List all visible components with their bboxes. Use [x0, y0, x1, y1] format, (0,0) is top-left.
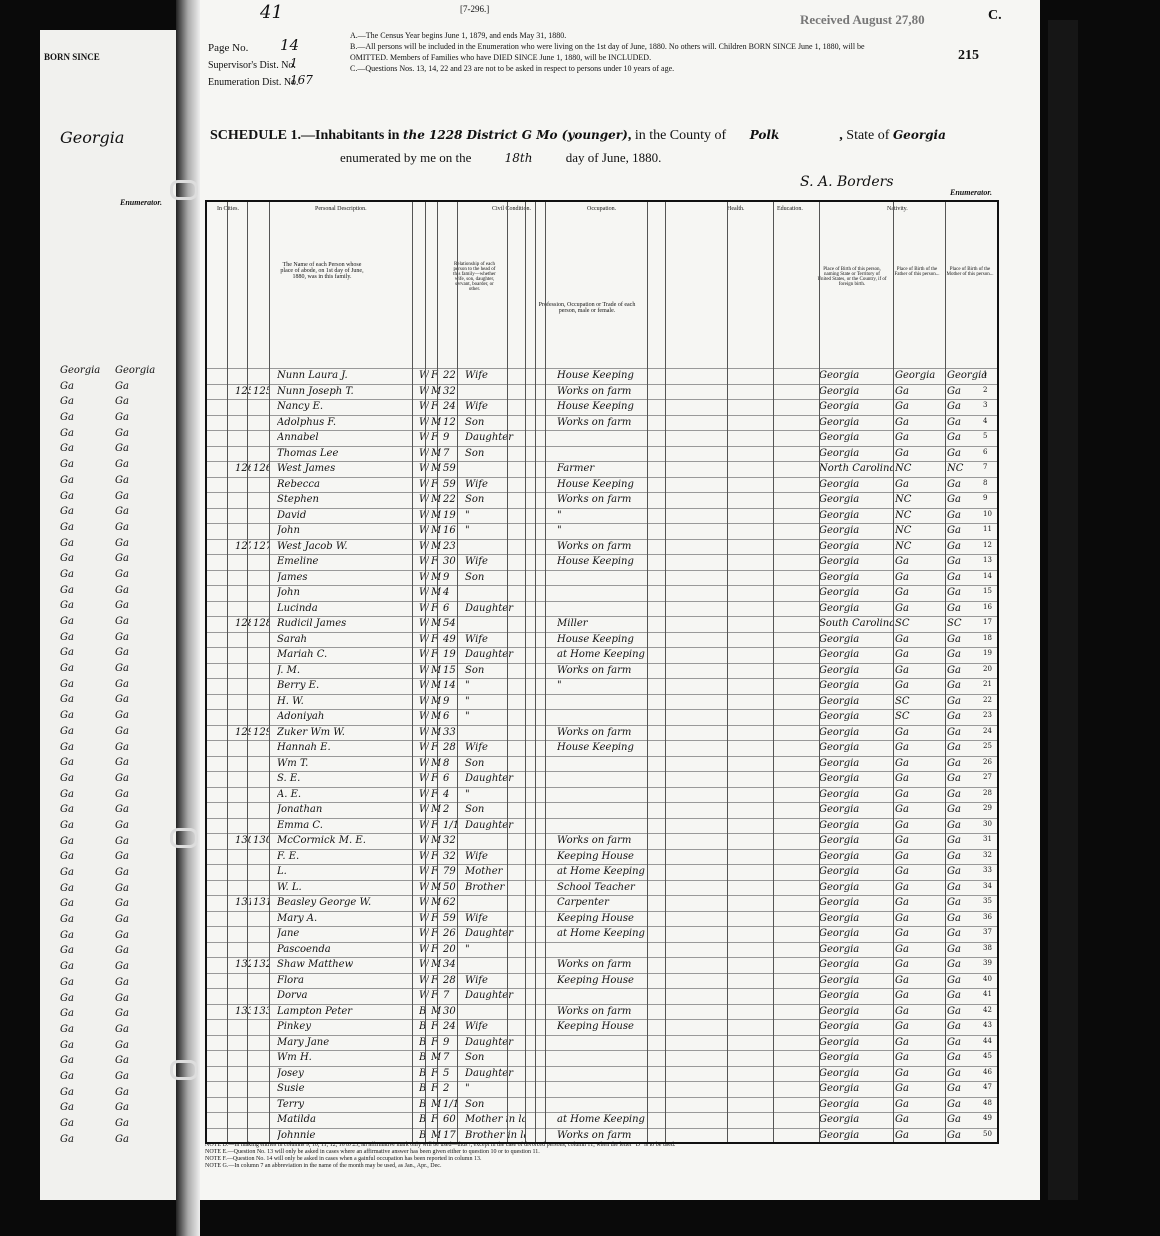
column-divider [507, 202, 508, 1142]
table-row: JohnWM4GeorgiaGaGa15 [207, 585, 997, 602]
row-number: 24 [983, 727, 992, 735]
cell-sex: F [431, 913, 441, 924]
header-personal: Personal Description. [315, 206, 367, 212]
row-number: 23 [983, 711, 992, 719]
father-birthplace: Ga [60, 632, 115, 643]
cell-sex: F [431, 990, 441, 1001]
cell-sex: M [431, 727, 441, 738]
cell-rel: " [465, 525, 525, 536]
cell-fam: 128 [253, 618, 269, 629]
mother-birthplace: Ga [115, 961, 129, 972]
cell-rel: Daughter [465, 1037, 525, 1048]
cell-sex: M [431, 1099, 441, 1110]
cell-b2: Ga [895, 913, 945, 924]
cell-occ: Works on farm [557, 1006, 667, 1017]
census-table: Occupation. Health. Education. Nativity.… [205, 200, 999, 1144]
cell-rel: Son [465, 758, 525, 769]
cell-color: B [419, 1006, 429, 1017]
row-number: 2 [983, 386, 987, 394]
cell-rel: Daughter [465, 1068, 525, 1079]
cell-color: W [419, 665, 429, 676]
cell-b1: Georgia [819, 556, 894, 567]
father-birthplace: Ga [60, 804, 115, 815]
mother-birthplace: Ga [115, 773, 129, 784]
left-page-row: GaGa [60, 569, 180, 585]
left-page-row: GaGa [60, 773, 180, 789]
cell-b3: Ga [947, 401, 997, 412]
mother-birthplace: Ga [115, 538, 129, 549]
row-number: 46 [983, 1068, 992, 1076]
cell-b2: Ga [895, 432, 945, 443]
mother-birthplace: Ga [115, 459, 129, 470]
cell-color: W [419, 572, 429, 583]
cell-rel: " [465, 680, 525, 691]
cell-b1: Georgia [819, 1114, 894, 1125]
father-birthplace: Ga [60, 945, 115, 956]
father-birthplace: Ga [60, 475, 115, 486]
cell-occ: Works on farm [557, 494, 667, 505]
father-birthplace: Ga [60, 1087, 115, 1098]
page-no-overwrite: 41 [260, 2, 283, 23]
left-page-row: GaGa [60, 475, 180, 491]
cell-sex: F [431, 1037, 441, 1048]
cell-rel: Mother [465, 866, 525, 877]
cell-fam: 132 [253, 959, 269, 970]
column-divider [269, 202, 270, 1142]
cell-color: W [419, 634, 429, 645]
cell-occ: Works on farm [557, 386, 667, 397]
cell-b2: Ga [895, 1083, 945, 1094]
footnote-f: NOTE F.—Question No. 14 will only be ask… [205, 1156, 1005, 1163]
table-row: Thomas LeeWM7SonGeorgiaGaGa6 [207, 446, 997, 463]
cell-b1: Georgia [819, 928, 894, 939]
row-number: 10 [983, 510, 992, 518]
table-row: 133133Lampton PeterBM30Works on farmGeor… [207, 1004, 997, 1021]
column-divider [535, 202, 536, 1142]
row-number: 15 [983, 587, 992, 595]
cell-b2: NC [895, 463, 945, 474]
cell-b3: Ga [947, 448, 997, 459]
cell-dw: 129 [235, 727, 251, 738]
cell-b1: Georgia [819, 975, 894, 986]
schedule-label: SCHEDULE 1.—Inhabitants in [210, 128, 399, 143]
father-birthplace: Ga [60, 710, 115, 721]
column-divider [647, 202, 648, 1142]
father-birthplace: Ga [60, 898, 115, 909]
cell-rel: Son [465, 572, 525, 583]
table-row: LucindaWF6DaughterGeorgiaGaGa16 [207, 601, 997, 618]
stamp-letter: C. [988, 8, 1002, 24]
table-row: Mary JaneBF9DaughterGeorgiaGaGa44 [207, 1035, 997, 1052]
cell-color: W [419, 851, 429, 862]
cell-color: W [419, 417, 429, 428]
cell-b1: Georgia [819, 789, 894, 800]
column-divider [247, 202, 248, 1142]
cell-occ: at Home Keeping [557, 928, 667, 939]
cell-sex: F [431, 556, 441, 567]
binder-ring [170, 180, 198, 200]
cell-b1: Georgia [819, 448, 894, 459]
table-row: JohnWM16""GeorgiaNCGa11 [207, 523, 997, 540]
note-b: B.—All persons will be included in the E… [350, 41, 870, 63]
row-number: 3 [983, 401, 987, 409]
cell-b1: North Carolina [819, 463, 894, 474]
cell-color: B [419, 1130, 429, 1141]
cell-color: W [419, 882, 429, 893]
cell-color: W [419, 587, 429, 598]
cell-color: W [419, 711, 429, 722]
cell-occ: Keeping House [557, 851, 667, 862]
table-row: 126126West JamesWM59FarmerNorth Carolina… [207, 461, 997, 478]
left-page-row: GaGa [60, 742, 180, 758]
cell-color: W [419, 525, 429, 536]
cell-sex: M [431, 386, 441, 397]
cell-occ: Keeping House [557, 1021, 667, 1032]
left-page-row: GaGa [60, 694, 180, 710]
cell-b2: Ga [895, 1114, 945, 1125]
row-number: 11 [983, 525, 992, 533]
father-birthplace: Ga [60, 506, 115, 517]
mother-birthplace: Ga [115, 553, 129, 564]
cell-rel: Brother in law [465, 1130, 525, 1141]
cell-b1: Georgia [819, 432, 894, 443]
mother-birthplace: Ga [115, 930, 129, 941]
cell-sex: F [431, 851, 441, 862]
cell-color: W [419, 928, 429, 939]
cell-b3: Georgia [947, 370, 997, 381]
cell-rel: Wife [465, 975, 525, 986]
father-birthplace: Ga [60, 820, 115, 831]
cell-b1: Georgia [819, 417, 894, 428]
cell-occ: Works on farm [557, 665, 667, 676]
mother-birthplace: Ga [115, 694, 129, 705]
instructions: A.—The Census Year begins June 1, 1879, … [350, 30, 870, 74]
row-number: 45 [983, 1052, 992, 1060]
cell-sex: M [431, 463, 441, 474]
table-row: Hannah E.WF28WifeHouse KeepingGeorgiaGaG… [207, 740, 997, 757]
cell-dw: 126 [235, 463, 251, 474]
mother-birthplace: Ga [115, 647, 129, 658]
father-birthplace: Ga [60, 993, 115, 1004]
father-birthplace: Ga [60, 1040, 115, 1051]
cell-rel: " [465, 944, 525, 955]
row-number: 36 [983, 913, 992, 921]
left-page-row: GaGa [60, 632, 180, 648]
left-page-row: GaGa [60, 867, 180, 883]
cell-sex: F [431, 634, 441, 645]
father-birthplace: Ga [60, 836, 115, 847]
cell-sex: F [431, 773, 441, 784]
cell-occ: House Keeping [557, 401, 667, 412]
mother-birthplace: Ga [115, 1102, 129, 1113]
enumeration-value: 167 [290, 73, 313, 87]
column-divider [893, 202, 894, 1142]
father-birthplace: Ga [60, 1071, 115, 1082]
cell-color: W [419, 494, 429, 505]
cell-rel: Wife [465, 370, 525, 381]
mother-birthplace: Ga [115, 600, 129, 611]
table-row: PinkeyBF24WifeKeeping HouseGeorgiaGaGa43 [207, 1019, 997, 1036]
row-number: 1 [983, 370, 987, 378]
left-page-row: GeorgiaGeorgia [60, 365, 180, 381]
row-number: 27 [983, 773, 992, 781]
father-birthplace: Ga [60, 914, 115, 925]
cell-sex: F [431, 603, 441, 614]
cell-b1: Georgia [819, 634, 894, 645]
cell-b1: Georgia [819, 820, 894, 831]
cell-b1: Georgia [819, 1099, 894, 1110]
cell-b1: Georgia [819, 897, 894, 908]
enumeration-month-year: day of June, 1880. [566, 150, 662, 165]
column-divider [819, 202, 820, 1142]
header-profession: Profession, Occupation or Trade of each … [537, 302, 637, 314]
cell-color: W [419, 463, 429, 474]
row-number: 30 [983, 820, 992, 828]
cell-occ: House Keeping [557, 370, 667, 381]
cell-b1: Georgia [819, 587, 894, 598]
left-page-row: GaGa [60, 1071, 180, 1087]
table-row: JaneWF26Daughterat Home KeepingGeorgiaGa… [207, 926, 997, 943]
cell-b1: Georgia [819, 370, 894, 381]
row-number: 14 [983, 572, 992, 580]
left-page-row: GaGa [60, 914, 180, 930]
cell-b1: Georgia [819, 479, 894, 490]
mother-birthplace: Ga [115, 820, 129, 831]
cell-occ: Works on farm [557, 835, 667, 846]
mother-birthplace: Ga [115, 569, 129, 580]
cell-color: W [419, 959, 429, 970]
supervisor-label: Supervisor's Dist. No. [208, 60, 296, 71]
father-birthplace: Ga [60, 585, 115, 596]
cell-rel: Son [465, 665, 525, 676]
table-row: 125125Nunn Joseph T.WM32Works on farmGeo… [207, 384, 997, 401]
father-birthplace: Ga [60, 757, 115, 768]
father-birthplace: Ga [60, 1102, 115, 1113]
table-row: Nancy E.WF24WifeHouse KeepingGeorgiaGaGa… [207, 399, 997, 416]
cell-b2: NC [895, 510, 945, 521]
cell-color: B [419, 1114, 429, 1125]
cell-fam: 126 [253, 463, 269, 474]
cell-sex: F [431, 866, 441, 877]
left-page-row: GaGa [60, 804, 180, 820]
cell-fam: 133 [253, 1006, 269, 1017]
cell-occ: House Keeping [557, 479, 667, 490]
header-birth-mother: Place of Birth of the Mother of this per… [945, 267, 995, 277]
left-page-row: GaGa [60, 538, 180, 554]
father-birthplace: Ga [60, 647, 115, 658]
row-number: 42 [983, 1006, 992, 1014]
mother-birthplace: Ga [115, 412, 129, 423]
cell-color: W [419, 975, 429, 986]
note-a: A.—The Census Year begins June 1, 1879, … [350, 30, 870, 41]
header-occupation: Occupation. [587, 206, 616, 212]
cell-sex: M [431, 711, 441, 722]
cell-color: W [419, 386, 429, 397]
cell-color: W [419, 556, 429, 567]
table-row: 128128Rudicil JamesWM54MillerSouth Carol… [207, 616, 997, 633]
cell-rel: Son [465, 804, 525, 815]
father-birthplace: Ga [60, 569, 115, 580]
left-page-row: GaGa [60, 679, 180, 695]
table-row: JamesWM9SonGeorgiaGaGa14 [207, 570, 997, 587]
row-number: 34 [983, 882, 992, 890]
father-birthplace: Ga [60, 491, 115, 502]
cell-sex: F [431, 479, 441, 490]
table-row: S. E.WF6DaughterGeorgiaGaGa27 [207, 771, 997, 788]
cell-occ: Keeping House [557, 913, 667, 924]
cell-color: W [419, 479, 429, 490]
table-row: F. E.WF32WifeKeeping HouseGeorgiaGaGa32 [207, 849, 997, 866]
cell-sex: F [431, 432, 441, 443]
cell-dw: 133 [235, 1006, 251, 1017]
mother-birthplace: Ga [115, 1134, 129, 1145]
mother-birthplace: Ga [115, 679, 129, 690]
table-row: Wm H.BM7SonGeorgiaGaGa45 [207, 1050, 997, 1067]
column-divider [412, 202, 413, 1142]
father-birthplace: Ga [60, 977, 115, 988]
cell-b1: Georgia [819, 711, 894, 722]
cell-occ: Works on farm [557, 959, 667, 970]
cell-rel: Son [465, 1052, 525, 1063]
enumeration-day: 18th [505, 151, 533, 165]
enumeration-label: Enumeration Dist. No. [208, 77, 299, 88]
cell-color: W [419, 773, 429, 784]
left-page-row: GaGa [60, 585, 180, 601]
cell-color: W [419, 618, 429, 629]
row-number: 13 [983, 556, 992, 564]
mother-birthplace: Ga [115, 585, 129, 596]
table-row: Mariah C.WF19Daughterat Home KeepingGeor… [207, 647, 997, 664]
left-enumerator-label: Enumerator. [120, 198, 162, 207]
column-divider [457, 202, 458, 1142]
left-page-nativity-columns: GeorgiaGeorgiaGaGaGaGaGaGaGaGaGaGaGaGaGa… [60, 365, 180, 1149]
column-divider [227, 202, 228, 1142]
cell-b1: Georgia [819, 1130, 894, 1141]
cell-rel: Wife [465, 401, 525, 412]
left-page-row: GaGa [60, 459, 180, 475]
table-row: DavidWM19""GeorgiaNCGa10 [207, 508, 997, 525]
cell-sex: F [431, 1021, 441, 1032]
cell-color: B [419, 1083, 429, 1094]
cell-fam: 130 [253, 835, 269, 846]
district-value: the 1228 District G Mo (younger) [403, 128, 628, 142]
cell-b2: Ga [895, 448, 945, 459]
cell-sex: F [431, 649, 441, 660]
left-page-row: GaGa [60, 428, 180, 444]
mother-birthplace: Ga [115, 757, 129, 768]
cell-dw: 127 [235, 541, 251, 552]
left-page-row: GaGa [60, 898, 180, 914]
father-birthplace: Ga [60, 726, 115, 737]
cell-sex: F [431, 820, 441, 831]
cell-sex: M [431, 665, 441, 676]
mother-birthplace: Ga [115, 977, 129, 988]
cell-color: B [419, 1021, 429, 1032]
left-page-row: GaGa [60, 883, 180, 899]
cell-b1: Georgia [819, 541, 894, 552]
cell-b3: Ga [947, 494, 997, 505]
cell-b2: Ga [895, 401, 945, 412]
cell-color: W [419, 370, 429, 381]
cell-color: W [419, 804, 429, 815]
father-birthplace: Ga [60, 867, 115, 878]
mother-birthplace: Ga [115, 742, 129, 753]
table-row: 131131Beasley George W.WM62CarpenterGeor… [207, 895, 997, 912]
left-page-row: GaGa [60, 977, 180, 993]
mother-birthplace: Ga [115, 475, 129, 486]
cell-rel: Wife [465, 1021, 525, 1032]
binder-ring [170, 1060, 198, 1080]
table-row: 129129Zuker Wm W.WM33Works on farmGeorgi… [207, 725, 997, 742]
father-birthplace: Ga [60, 443, 115, 454]
cell-sex: M [431, 525, 441, 536]
table-row: TerryBM1/12SonGeorgiaGaGa48 [207, 1097, 997, 1114]
father-birthplace: Ga [60, 663, 115, 674]
row-number: 16 [983, 603, 992, 611]
cell-b2: Ga [895, 835, 945, 846]
cell-b3: Ga [947, 386, 997, 397]
cell-b2: Ga [895, 634, 945, 645]
row-number: 5 [983, 432, 987, 440]
cell-occ: Works on farm [557, 541, 667, 552]
cell-sex: F [431, 370, 441, 381]
mother-birthplace: Ga [115, 1087, 129, 1098]
mother-birthplace: Ga [115, 1040, 129, 1051]
mother-birthplace: Ga [115, 663, 129, 674]
left-page-row: GaGa [60, 1087, 180, 1103]
cell-sex: M [431, 804, 441, 815]
cell-sex: F [431, 742, 441, 753]
cell-b1: Georgia [819, 1052, 894, 1063]
cell-color: W [419, 432, 429, 443]
cell-rel: Wife [465, 742, 525, 753]
cell-b1: Georgia [819, 696, 894, 707]
cell-color: W [419, 820, 429, 831]
row-number: 4 [983, 417, 987, 425]
father-birthplace: Ga [60, 412, 115, 423]
cell-sex: F [431, 928, 441, 939]
header-relationship: Relationship of each person to the head … [452, 262, 497, 292]
supervisor-value: 1 [290, 56, 298, 70]
left-page-row: GaGa [60, 993, 180, 1009]
cell-sex: M [431, 680, 441, 691]
father-birthplace: Ga [60, 679, 115, 690]
father-birthplace: Ga [60, 883, 115, 894]
mother-birthplace: Ga [115, 914, 129, 925]
cell-b1: Georgia [819, 758, 894, 769]
row-number: 31 [983, 835, 992, 843]
row-number: 18 [983, 634, 992, 642]
cell-sex: F [431, 1114, 441, 1125]
left-page-row: GaGa [60, 396, 180, 412]
cell-sex: M [431, 758, 441, 769]
column-divider [727, 202, 728, 1142]
table-row: 132132Shaw MatthewWM34Works on farmGeorg… [207, 957, 997, 974]
table-row: 130130McCormick M. E.WM32Works on farmGe… [207, 833, 997, 850]
cell-occ: at Home Keeping [557, 866, 667, 877]
cell-b3: NC [947, 463, 997, 474]
cell-b1: Georgia [819, 1083, 894, 1094]
mother-birthplace: Ga [115, 632, 129, 643]
cell-b2: NC [895, 494, 945, 505]
father-birthplace: Ga [60, 1024, 115, 1035]
father-birthplace: Ga [60, 553, 115, 564]
header-health: Health. [727, 206, 745, 212]
cell-b2: Ga [895, 1006, 945, 1017]
father-birthplace: Ga [60, 428, 115, 439]
cell-rel: Son [465, 448, 525, 459]
mother-birthplace: Ga [115, 804, 129, 815]
